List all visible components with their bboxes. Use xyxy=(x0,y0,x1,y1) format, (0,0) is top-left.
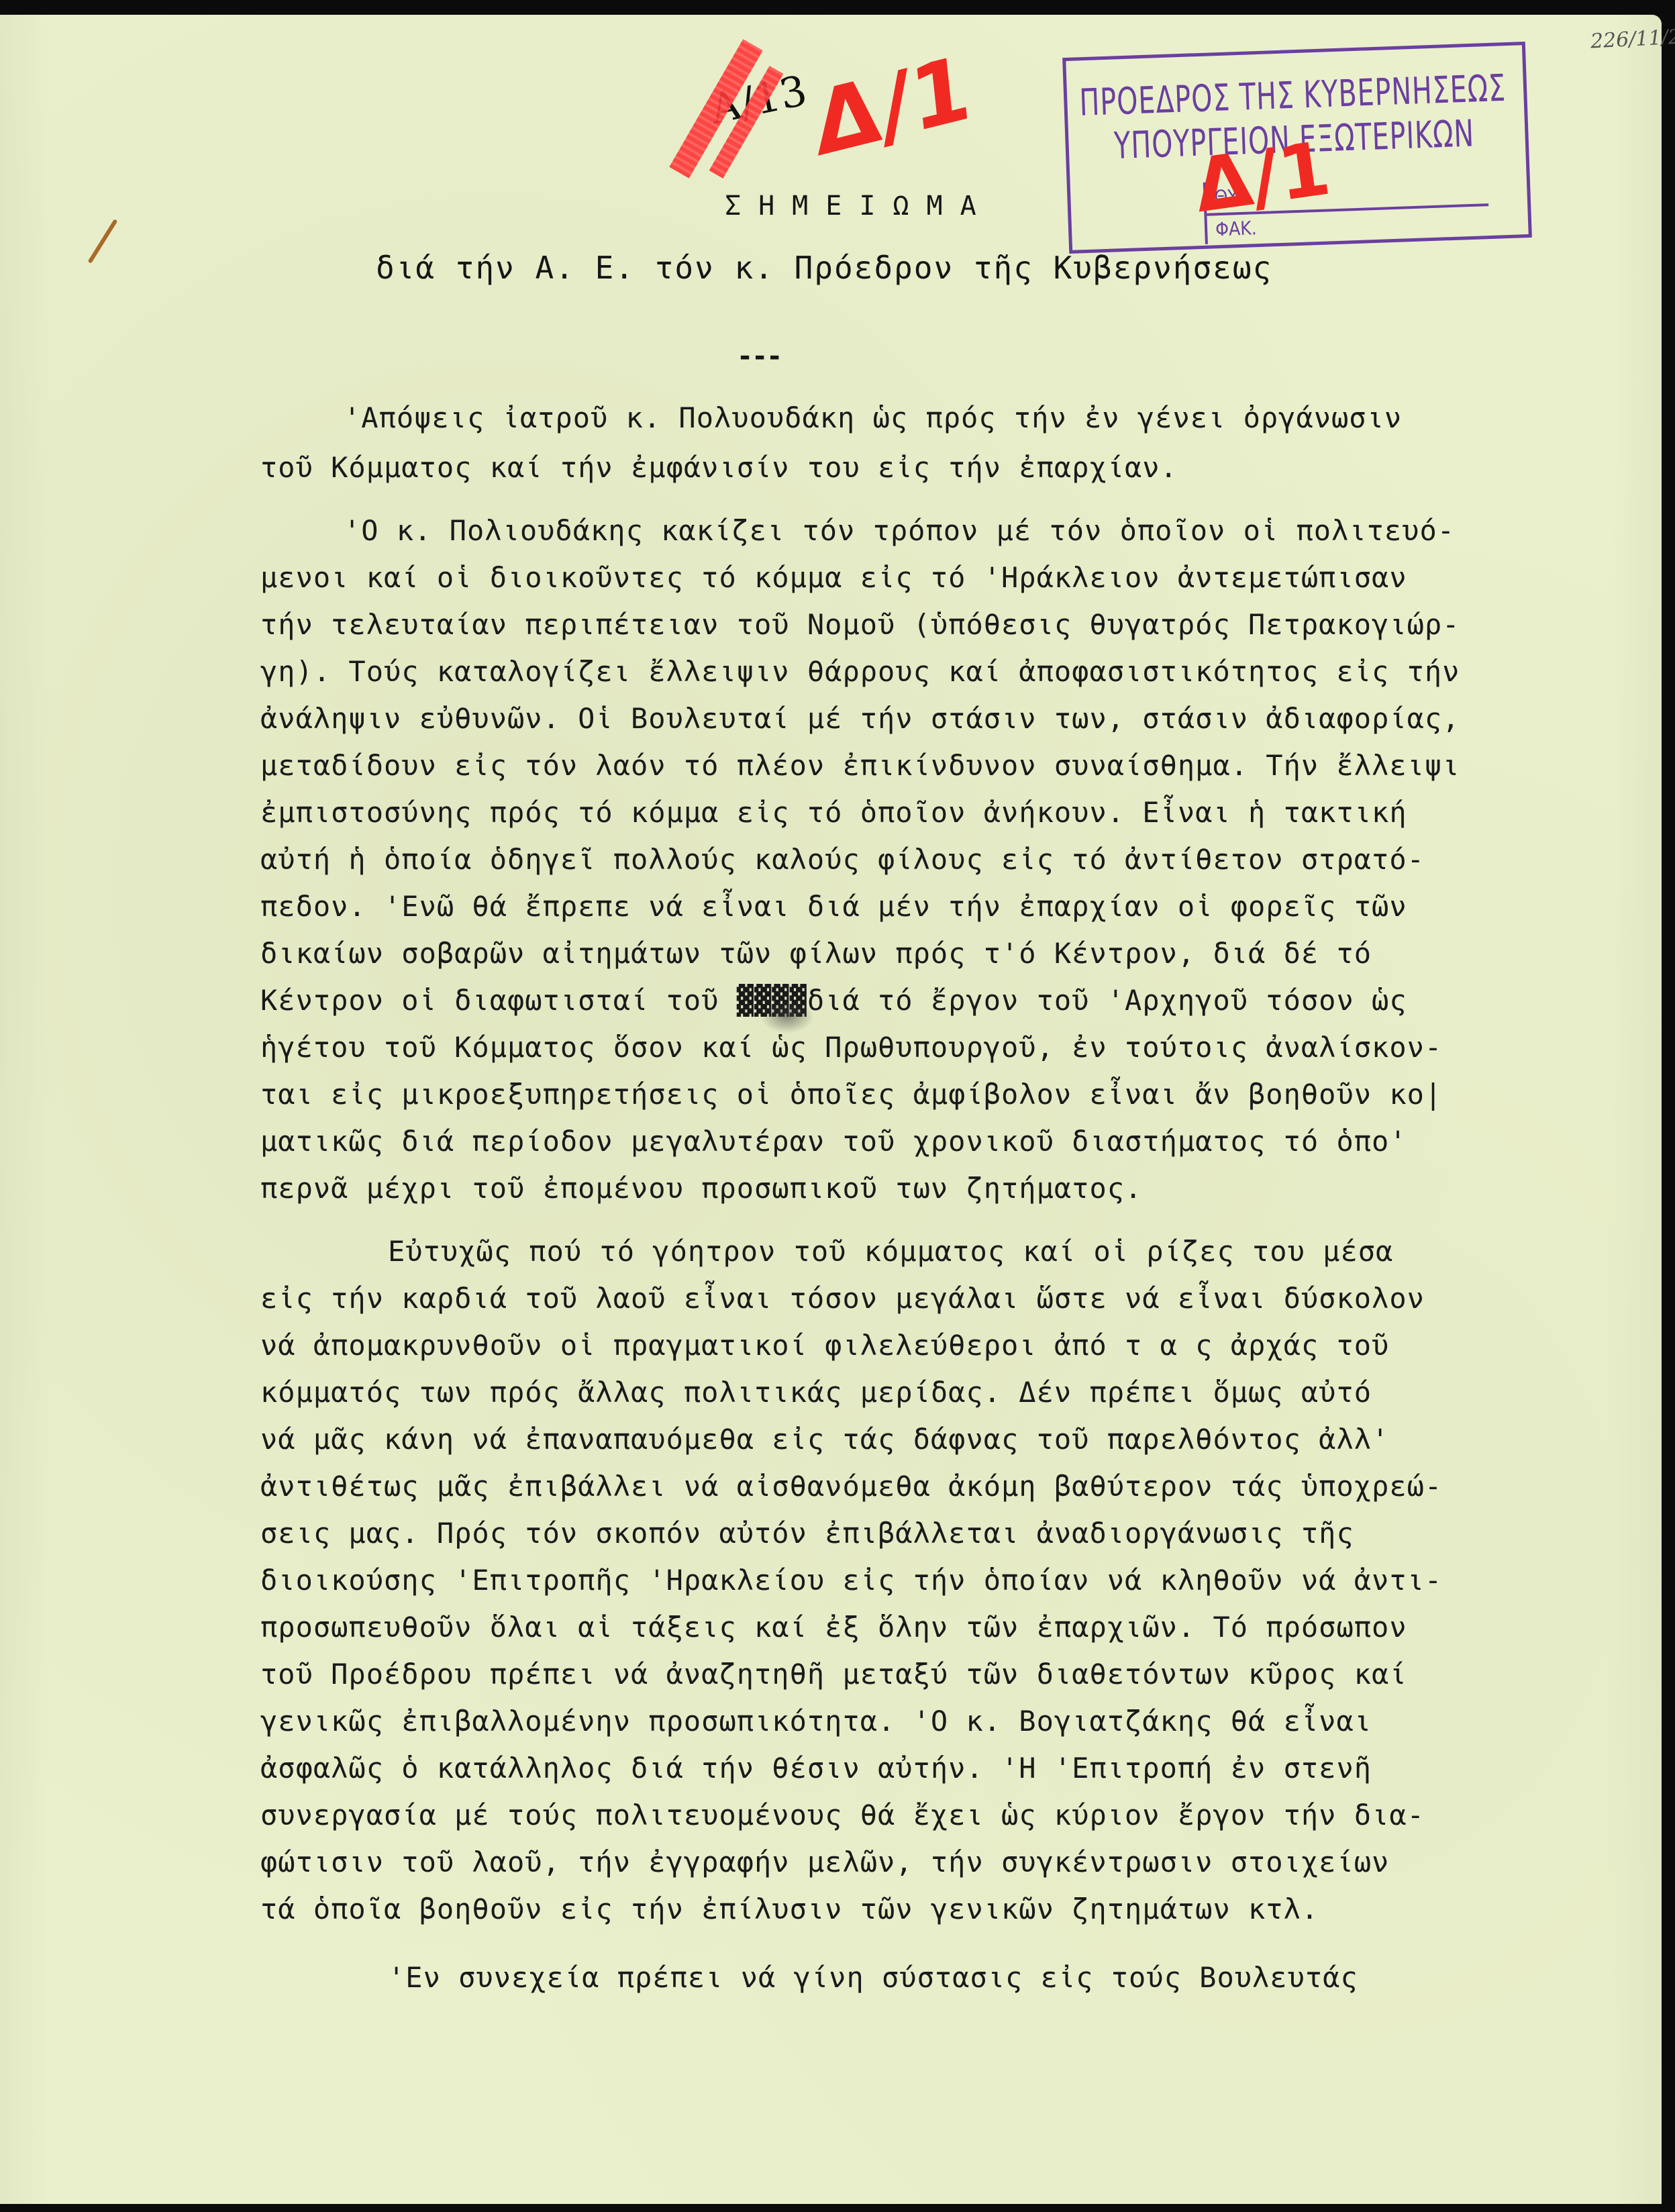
body-line: διοικούσης 'Επιτροπῆς 'Ηρακλείου εἰς τήν… xyxy=(260,1564,1442,1597)
body-line: Κέντρον οἱ διαφωτισταί τοῦ ▓▓▓▓διά τό ἔρ… xyxy=(260,984,1407,1017)
body-line: Εὐτυχῶς πού τό γόητρον τοῦ κόμματος καί … xyxy=(388,1235,1393,1268)
body-line: μεταδίδουν εἰς τόν λαόν τό πλέον ἐπικίνδ… xyxy=(260,749,1460,782)
body-line: σεις μας. Πρός τόν σκοπόν αὐτόν ἐπιβάλλε… xyxy=(260,1517,1354,1550)
body-line: φώτισιν τοῦ λαοῦ, τήν ἐγγραφήν μελῶν, τή… xyxy=(260,1846,1389,1878)
body-line: ἐμπιστοσύνης πρός τό κόμμα εἰς τό ὁποῖον… xyxy=(260,796,1407,829)
body-line: δικαίων σοβαρῶν αἰτημάτων τῶν φίλων πρός… xyxy=(260,937,1372,970)
red-file-code: Δ/1 xyxy=(809,36,976,177)
body-line: 'Απόψεις ἰατροῦ κ. Πολυουδάκη ὡς πρός τή… xyxy=(344,401,1402,434)
body-line: γη). Τούς καταλογίζει ἔλλειψιν θάρρους κ… xyxy=(260,655,1460,688)
body-line: περνᾶ μέχρι τοῦ ἐπομένου προσωπικοῦ των … xyxy=(260,1172,1142,1205)
body-line: γενικῶς ἐπιβαλλομένην προσωπικότητα. 'Ο … xyxy=(260,1705,1372,1738)
body-line: 'Εν συνεχεία πρέπει νά γίνη σύστασις εἰς… xyxy=(388,1961,1358,1994)
body-line: τοῦ Προέδρου πρέπει νά ἀναζητηθῆ μεταξύ … xyxy=(260,1658,1407,1691)
body-line: συνεργασία μέ τούς πολιτευομένους θά ἔχε… xyxy=(260,1799,1425,1831)
body-line: νά μᾶς κάνη νά ἐπαναπαυόμεθα εἰς τάς δάφ… xyxy=(260,1423,1389,1456)
body-line: νά ἀπομακρυνθοῦν οἱ πραγματικοί φιλελεύθ… xyxy=(260,1329,1389,1362)
body-line: πεδον. 'Ενῶ θά ἔπρεπε νά εἶναι διά μέν τ… xyxy=(260,890,1407,923)
body-line: ἀσφαλῶς ὁ κατάλληλος διά τήν θέσιν αὐτήν… xyxy=(260,1752,1372,1784)
body-line: ματικῶς διά περίοδον μεγαλυτέραν τοῦ χρο… xyxy=(260,1125,1407,1158)
archive-number: 226/11/219 xyxy=(1590,23,1675,53)
document-title: ΣΗΜΕΙΩΜΑ xyxy=(0,191,1662,221)
body-line: ἀντιθέτως μᾶς ἐπιβάλλει νά αἰσθανόμεθα ἀ… xyxy=(260,1470,1442,1503)
ink-blot xyxy=(760,1000,814,1034)
body-line: τήν τελευταίαν περιπέτειαν τοῦ Νομοῦ (ὑπ… xyxy=(260,608,1460,641)
struck-annotation: Α/13 xyxy=(698,35,799,169)
body-line: ἀνάληψιν εὐθυνῶν. Οἱ Βουλευταί μέ τήν στ… xyxy=(260,702,1460,735)
body-line: κόμματός των πρός ἄλλας πολιτικάς μερίδα… xyxy=(260,1376,1372,1409)
separator: --- xyxy=(737,341,781,372)
body-line: μενοι καί οἱ διοικοῦντες τό κόμμα εἰς τό… xyxy=(260,561,1407,594)
body-line: ἡγέτου τοῦ Κόμματος ὅσον καί ὡς Πρωθυπου… xyxy=(260,1031,1442,1064)
body-line: προσωπευθοῦν ὅλαι αἱ τάξεις καί ἐξ ὅλην … xyxy=(260,1611,1407,1644)
body-line: εἰς τήν καρδιά τοῦ λαοῦ εἶναι τόσον μεγά… xyxy=(260,1282,1425,1315)
body-line: 'Ο κ. Πολιουδάκης κακίζει τόν τρόπον μέ … xyxy=(344,514,1455,547)
body-line: τοῦ Κόμματος καί τήν ἐμφάνισίν του εἰς τ… xyxy=(260,451,1178,484)
margin-rust-mark xyxy=(88,219,118,264)
body-line: αὐτή ἡ ὁποία ὁδηγεῖ πολλούς καλούς φίλου… xyxy=(260,843,1425,876)
document-page: 226/11/219 Α/13 Δ/1 ΠΡΟΕΔΡΟΣ ΤΗΣ ΚΥΒΕΡΝΗ… xyxy=(0,15,1662,2204)
body-line: ται εἰς μικροεξυπηρετήσεις οἱ ὁποῖες ἀμφ… xyxy=(260,1078,1442,1111)
body-line: τά ὁποῖα βοηθοῦν εἰς τήν ἐπίλυσιν τῶν γε… xyxy=(260,1893,1319,1925)
document-subtitle: διά τήν Α. Ε. τόν κ. Πρόεδρον τῆς Κυβερν… xyxy=(376,250,1272,286)
